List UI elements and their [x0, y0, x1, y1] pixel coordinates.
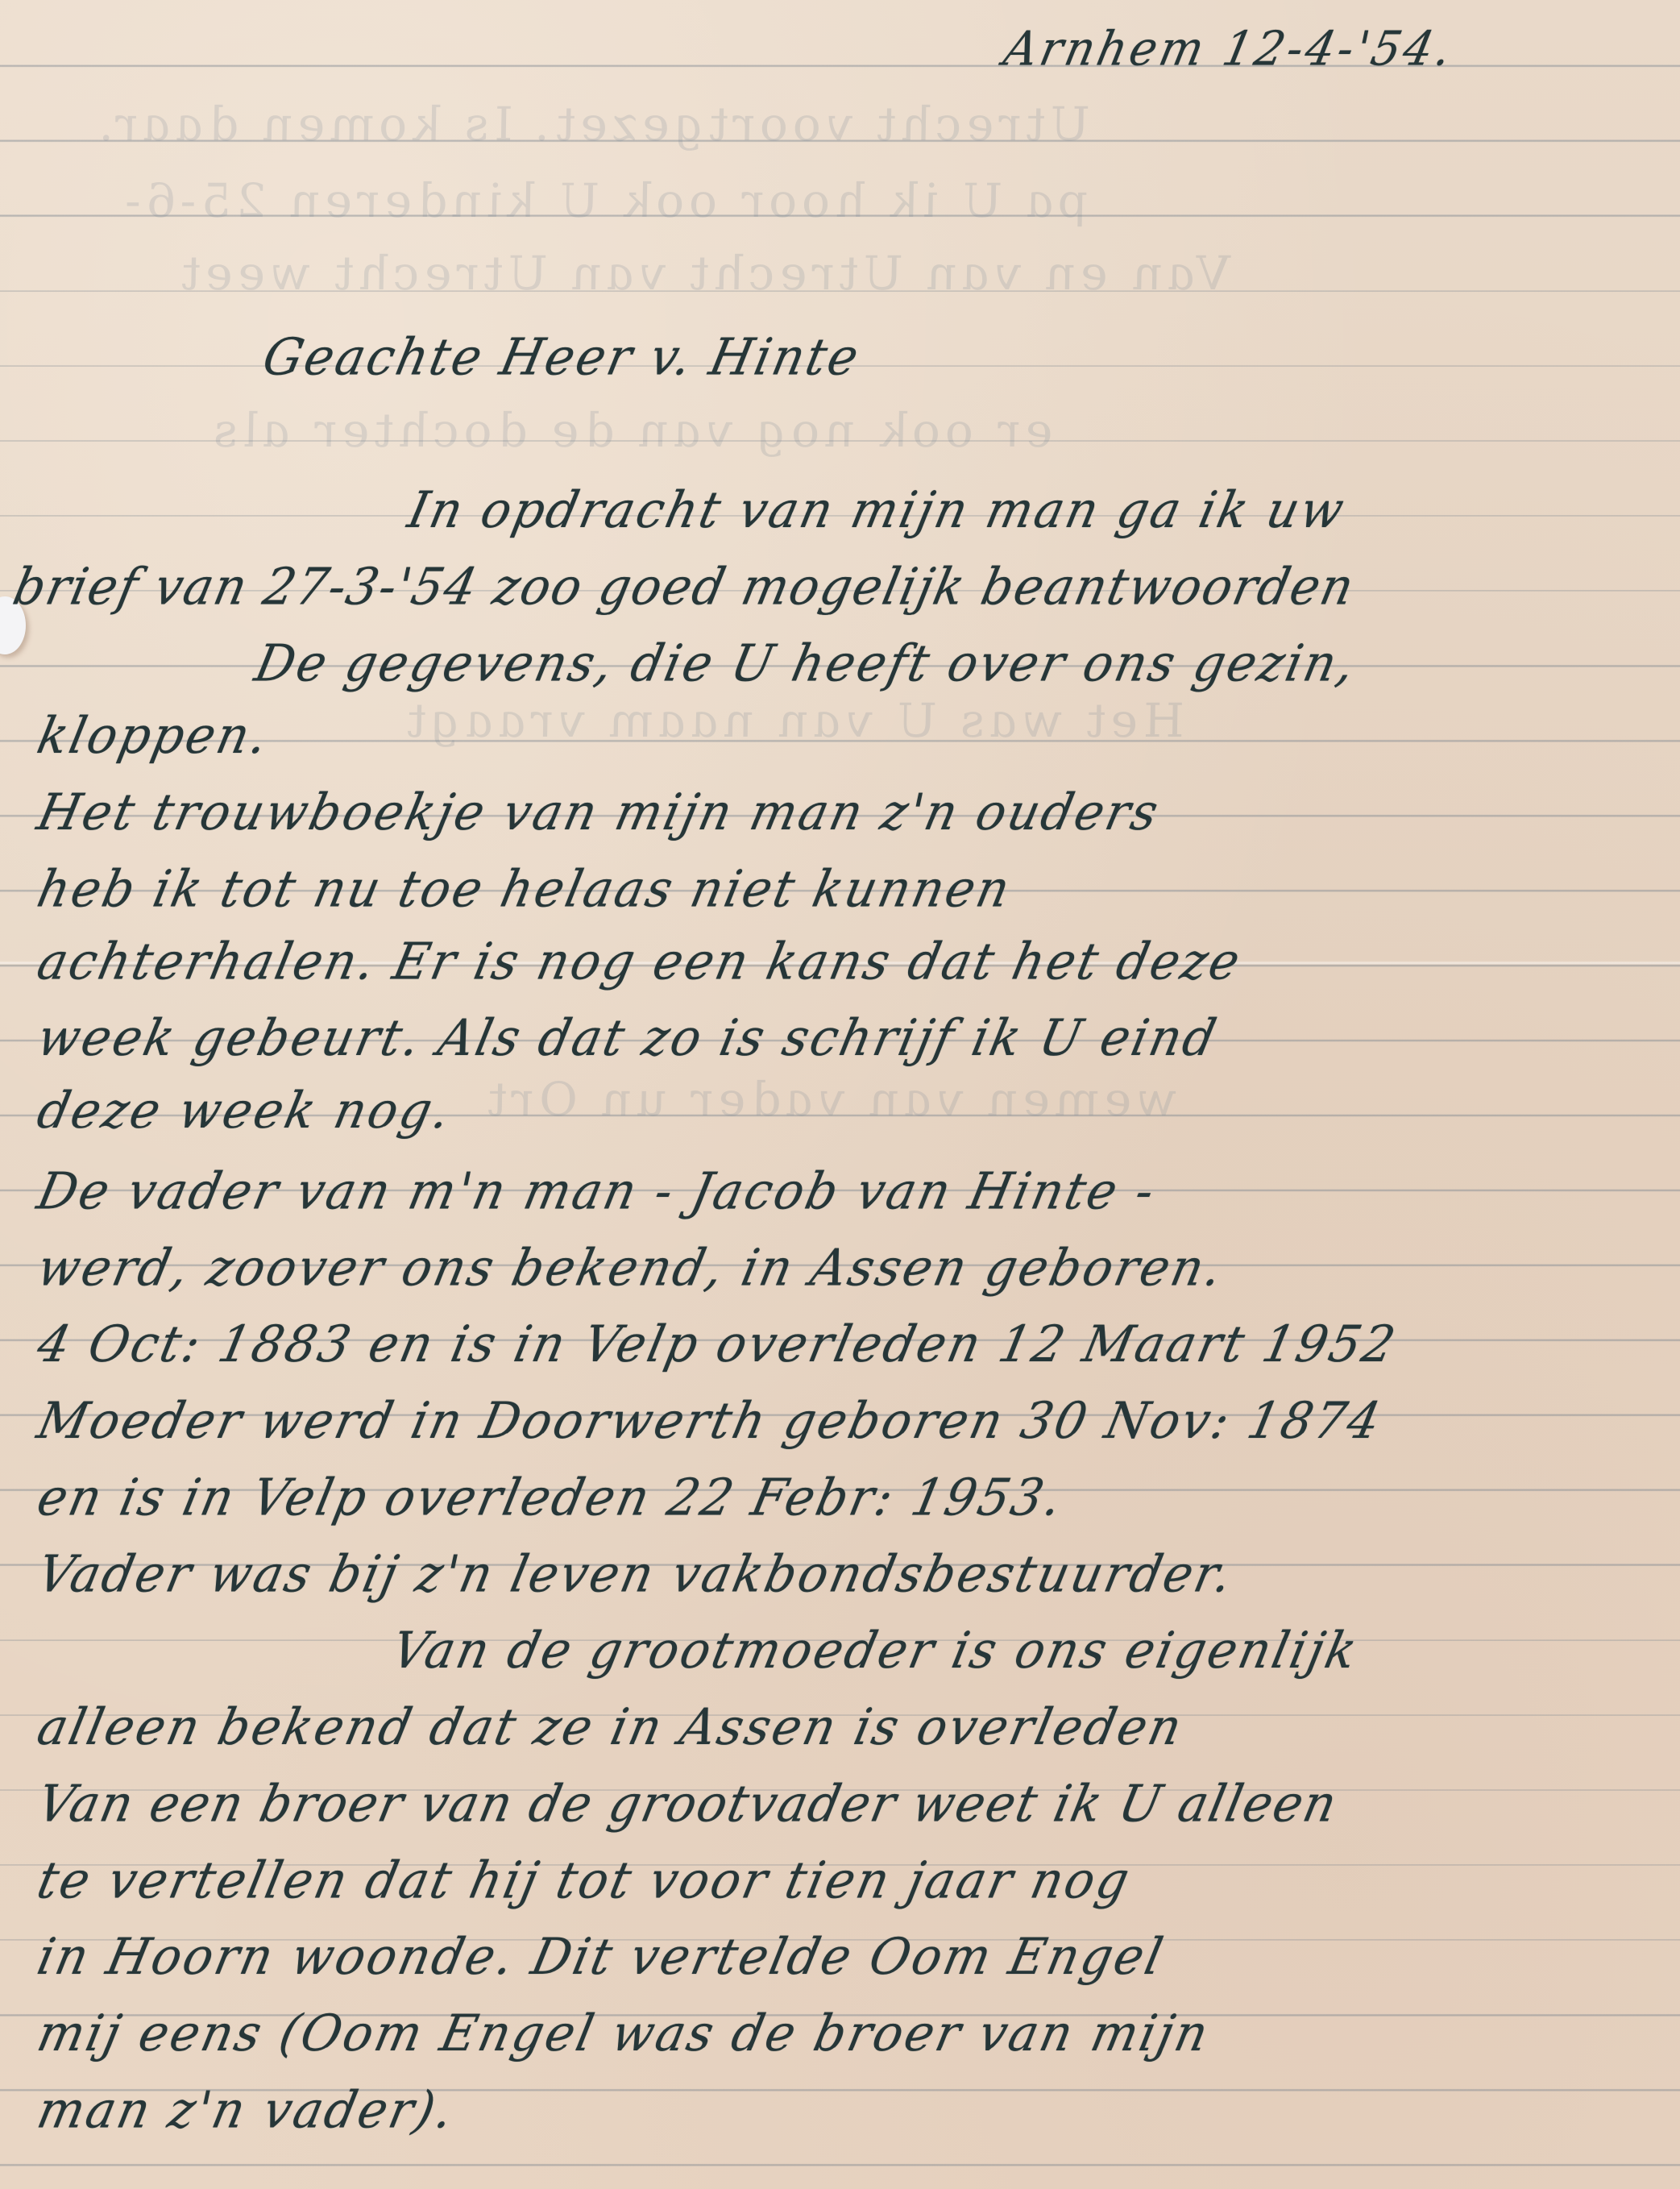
letter-line-6: heb ik tot nu toe helaas niet kunnen [32, 860, 1017, 920]
letter-line-16: Van de grootmoeder is ons eigenlijk [387, 1622, 1364, 1681]
bleed-through-text: pa U ik hoor ook U kinderen 25-6- [115, 173, 1095, 228]
letter-line-4: kloppen. [32, 707, 275, 766]
letter-line-10: De vader van m'n man - Jacob van Hinte - [32, 1162, 1161, 1222]
letter-line-2: brief van 27-3-'54 zoo goed mogelijk bea… [8, 558, 1360, 617]
letter-line-17: alleen bekend dat ze in Assen is overled… [32, 1698, 1189, 1758]
salutation: Geachte Heer v. Hinte [258, 328, 866, 388]
letter-page: Utrecht voortgezet. Is komen daar. pa U … [0, 0, 1680, 2189]
letter-line-18: Van een broer van de grootvader weet ik … [32, 1775, 1343, 1834]
bleed-through-text: Van en van Utrecht van Utrecht weet [172, 246, 1236, 301]
letter-line-15: Vader was bij z'n leven vakbondsbestuurd… [32, 1545, 1239, 1605]
bleed-through-text: wemen van vader un Ort [478, 1072, 1183, 1127]
place-date: Arnhem 12-4-'54. [999, 22, 1459, 77]
bleed-through-text: er ook nog van de dochter als [204, 403, 1060, 458]
bleed-through-text: Het was U van naam vraagt [397, 693, 1190, 748]
letter-line-14: en is in Velp overleden 22 Febr: 1953. [32, 1468, 1069, 1528]
bleed-through-text: Utrecht voortgezet. Is komen daar. [91, 97, 1096, 152]
letter-line-8: week gebeurt. Als dat zo is schrijf ik U… [32, 1009, 1223, 1069]
letter-line-3: De gegevens, die U heeft over ons gezin, [250, 634, 1362, 694]
letter-line-12: 4 Oct: 1883 en is in Velp overleden 12 M… [32, 1315, 1403, 1375]
letter-line-13: Moeder werd in Doorwerth geboren 30 Nov:… [32, 1392, 1388, 1452]
letter-line-22: man z'n vader). [32, 2081, 461, 2141]
letter-line-21: mij eens (Oom Engel was de broer van mij… [32, 2004, 1215, 2064]
letter-line-20: in Hoorn woonde. Dit vertelde Oom Engel [32, 1928, 1170, 1988]
letter-line-7: achterhalen. Er is nog een kans dat het … [32, 933, 1247, 992]
letter-line-1: In opdracht van mijn man ga ik uw [403, 481, 1351, 541]
letter-line-11: werd, zoover ons bekend, in Assen gebore… [32, 1239, 1230, 1298]
letter-line-19: te vertellen dat hij tot voor tien jaar … [32, 1851, 1136, 1911]
letter-line-9: deze week nog. [32, 1082, 458, 1141]
letter-line-5: Het trouwboekje van mijn man z'n ouders [32, 783, 1165, 843]
